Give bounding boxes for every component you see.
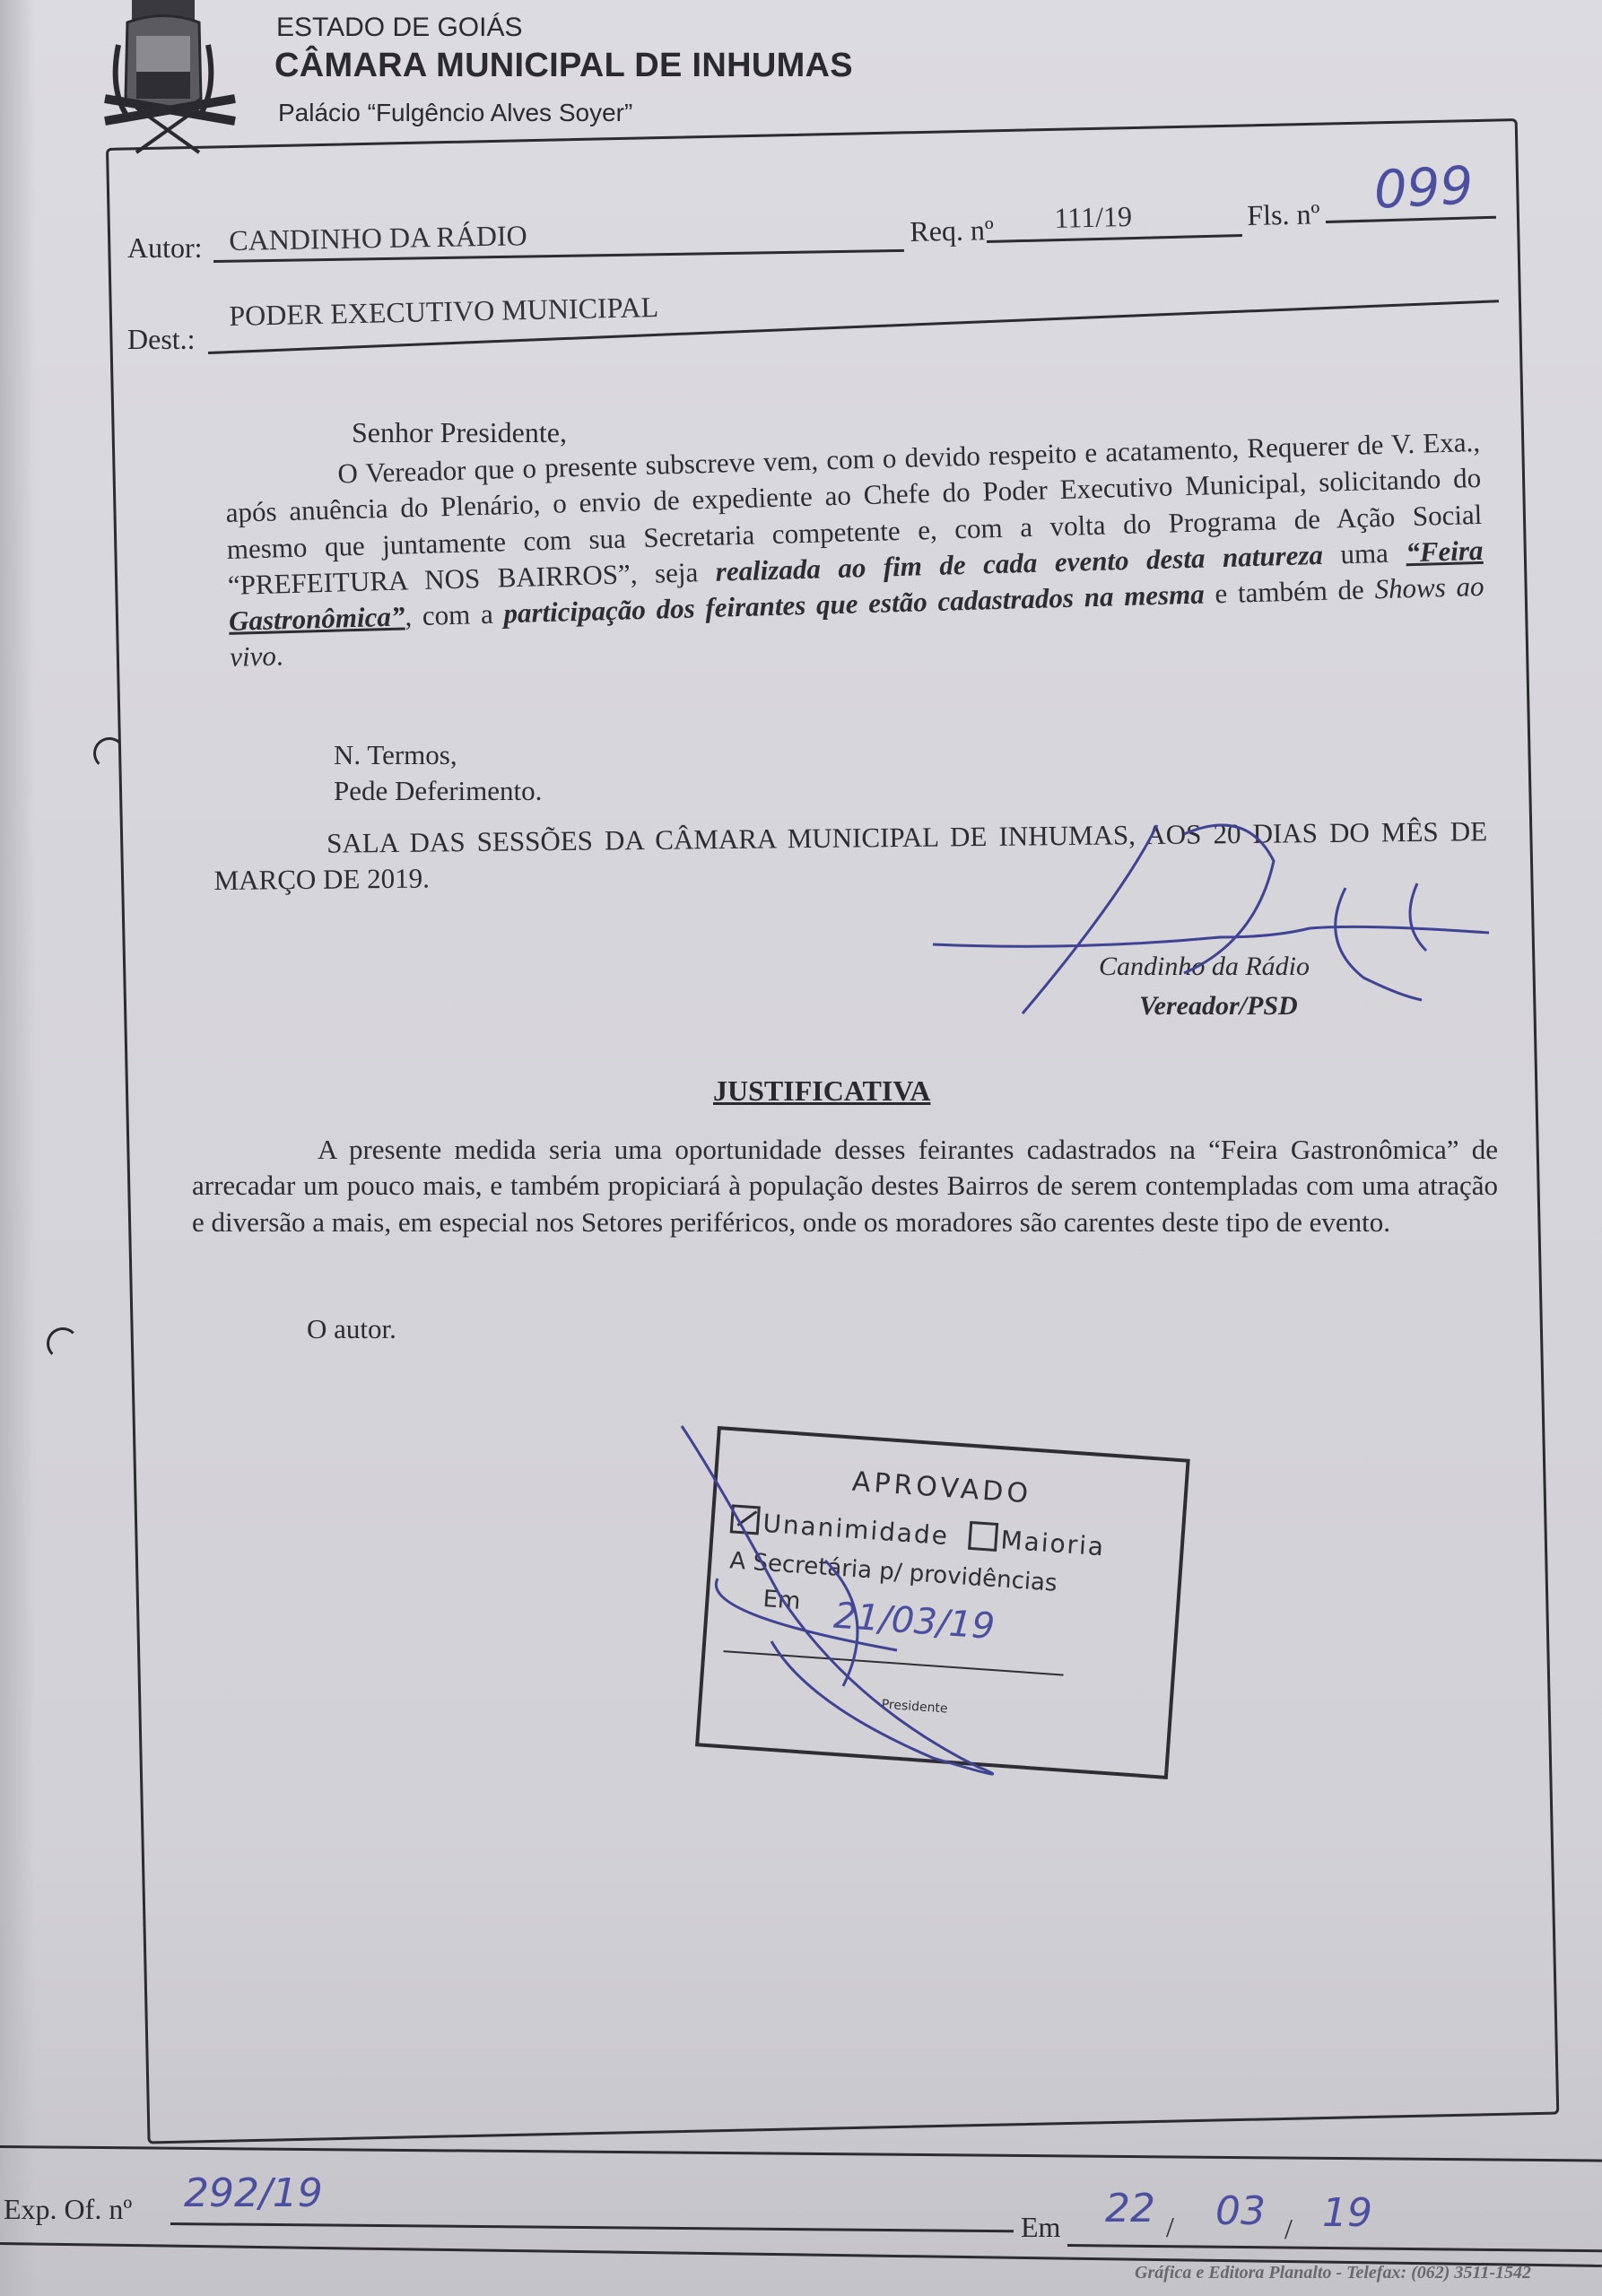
session-line: SALA DAS SESSÕES DA CÂMARA MUNICIPAL DE … xyxy=(213,813,1488,899)
request-text-4: e também de xyxy=(1204,573,1375,609)
request-number-value: 111/19 xyxy=(1054,200,1132,235)
binder-ring-mark xyxy=(47,1327,79,1360)
date-separator: / xyxy=(1166,2211,1174,2244)
request-number-label: Req. nº xyxy=(910,213,994,248)
author-value: CANDINHO DA RÁDIO xyxy=(229,219,527,257)
request-text-2: uma xyxy=(1322,536,1406,570)
request-text-3: , com a xyxy=(405,598,504,632)
date-separator: / xyxy=(1284,2213,1293,2246)
request-paragraph: O Vereador que o presente subscreve vem,… xyxy=(224,424,1485,676)
expedient-label: Exp. Of. nº xyxy=(4,2193,132,2226)
stamp-date-value: 21/03/19 xyxy=(832,1596,996,1648)
letterhead-palace: Palácio “Fulgêncio Alves Soyer” xyxy=(278,99,632,127)
footer-year: 19 xyxy=(1322,2190,1372,2236)
sheet-number-value: 099 xyxy=(1372,154,1475,221)
justification-text: A presente medida seria uma oportunidade… xyxy=(192,1132,1498,1240)
closing-request: Pede Deferimento. xyxy=(334,773,542,809)
majority-checkbox[interactable] xyxy=(968,1521,998,1552)
signer-title: Vereador/PSD xyxy=(1139,988,1298,1023)
printer-credit: Gráfica e Editora Planalto - Telefax: (0… xyxy=(1135,2263,1531,2283)
footer-date-underline xyxy=(1067,2244,1602,2252)
footer-month: 03 xyxy=(1215,2188,1266,2234)
letterhead-state: ESTADO DE GOIÁS xyxy=(276,13,523,43)
stamp-signature-line xyxy=(723,1650,1063,1676)
justification-heading: JUSTIFICATIVA xyxy=(713,1074,930,1108)
binder-ring-mark xyxy=(93,737,126,770)
letterhead-institution: CÂMARA MUNICIPAL DE INHUMAS xyxy=(274,47,853,85)
stamp-title: APROVADO xyxy=(851,1466,1032,1510)
destination-label: Dest.: xyxy=(127,323,196,356)
sheet-number-label: Fls. nº xyxy=(1247,197,1320,232)
majority-label: Maioria xyxy=(1000,1525,1107,1561)
closing-terms: N. Termos, xyxy=(334,737,457,773)
unanimous-checkbox[interactable] xyxy=(730,1504,761,1535)
footer-day: 22 xyxy=(1105,2186,1155,2231)
page-edge-shadow xyxy=(0,0,36,2296)
document-page: ESTADO DE GOIÁS CÂMARA MUNICIPAL DE INHU… xyxy=(0,0,1602,2296)
footer-top-rule xyxy=(0,2145,1602,2162)
author-label: Autor: xyxy=(127,231,203,265)
justification-sign-off: O autor. xyxy=(307,1311,396,1347)
signer-name: Candinho da Rádio xyxy=(1099,949,1310,984)
request-text-5: . xyxy=(275,640,283,672)
footer-date-label: Em xyxy=(1021,2211,1060,2244)
approval-stamp: APROVADO Unanimidade Maioria A Secretári… xyxy=(695,1426,1190,1779)
unanimous-label: Unanimidade xyxy=(762,1509,950,1551)
salutation: Senhor Presidente, xyxy=(352,414,567,452)
municipal-crest-icon xyxy=(100,0,244,154)
expedient-value: 292/19 xyxy=(184,2170,323,2216)
stamp-president-label: Presidente xyxy=(881,1698,948,1717)
stamp-date-label: Em xyxy=(762,1586,802,1615)
expedient-underline xyxy=(170,2222,1014,2232)
